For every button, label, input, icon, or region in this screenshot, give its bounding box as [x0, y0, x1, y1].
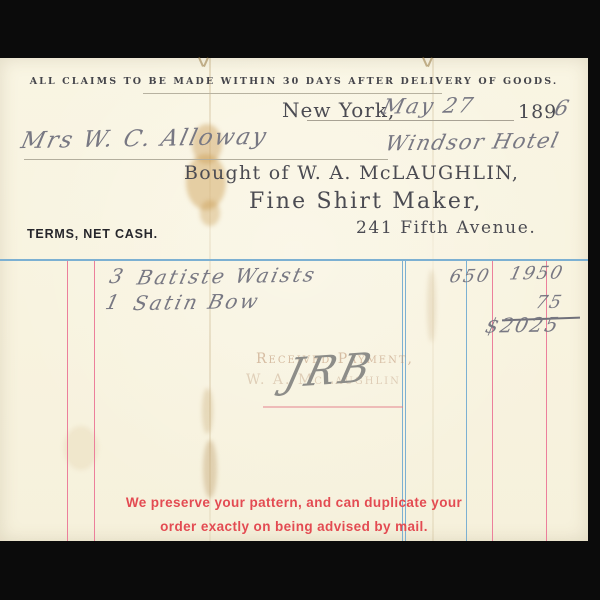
customer-address-text: Windsor Hotel [383, 128, 562, 155]
item-row: 1 Satin Bow [106, 290, 259, 314]
invoice-paper: ALL CLAIMS TO BE MADE WITHIN 30 DAYS AFT… [0, 58, 588, 541]
horizontal-blue-rule [0, 259, 588, 261]
item-description: Batiste Waists [135, 262, 320, 289]
customer-name: Mrs W. C. Alloway [22, 126, 267, 152]
item-qty: 1 [103, 290, 121, 314]
customer-name-text: Mrs W. C. Alloway [18, 124, 270, 154]
total-amount-text: $2025 [483, 312, 562, 337]
pattern-notice-line1: We preserve your pattern, and can duplic… [0, 495, 588, 510]
item-price-text: 650 [447, 266, 492, 288]
handwritten-date-text: May 27 [380, 93, 477, 119]
customer-name-underline [24, 159, 388, 160]
claims-notice: ALL CLAIMS TO BE MADE WITHIN 30 DAYS AFT… [0, 76, 588, 87]
paper-stain [64, 426, 98, 470]
item-row: 3 Batiste Waists [110, 264, 316, 288]
signature-initials: JRB [280, 344, 379, 397]
item-qty: 3 [107, 264, 125, 288]
item-amount-text: 75 [534, 292, 566, 313]
paper-stain [427, 270, 436, 342]
pattern-notice-line2: order exactly on being advised by mail. [0, 519, 588, 534]
scanned-invoice: ALL CLAIMS TO BE MADE WITHIN 30 DAYS AFT… [0, 0, 600, 600]
total-amount: $2025 [486, 313, 560, 337]
item-description: Satin Bow [131, 289, 263, 315]
city-dateline: New York, [282, 98, 395, 122]
fold-notch [198, 57, 208, 66]
handwritten-date: May 27 [383, 94, 474, 118]
bought-of-line: Bought of W. A. McLAUGHLIN, [184, 162, 519, 184]
customer-address: Windsor Hotel [386, 130, 559, 154]
item-amount: 75 [536, 292, 563, 313]
street-line: 241 Fifth Avenue. [356, 218, 536, 238]
handwritten-year-text: 6 [552, 96, 571, 120]
business-line: Fine Shirt Maker, [249, 189, 483, 214]
stamp-red-rule [263, 406, 403, 408]
paper-stain [202, 388, 213, 434]
item-amount: 1950 [510, 263, 564, 284]
handwritten-year-digit: 6 [555, 96, 568, 120]
paper-stain [200, 200, 220, 226]
item-amount-text: 1950 [507, 263, 566, 285]
terms-line: TERMS, NET CASH. [27, 227, 158, 241]
date-underline [307, 120, 514, 121]
paper-stain [203, 440, 217, 498]
fold-notch [422, 57, 432, 66]
item-price: 650 [450, 266, 490, 287]
